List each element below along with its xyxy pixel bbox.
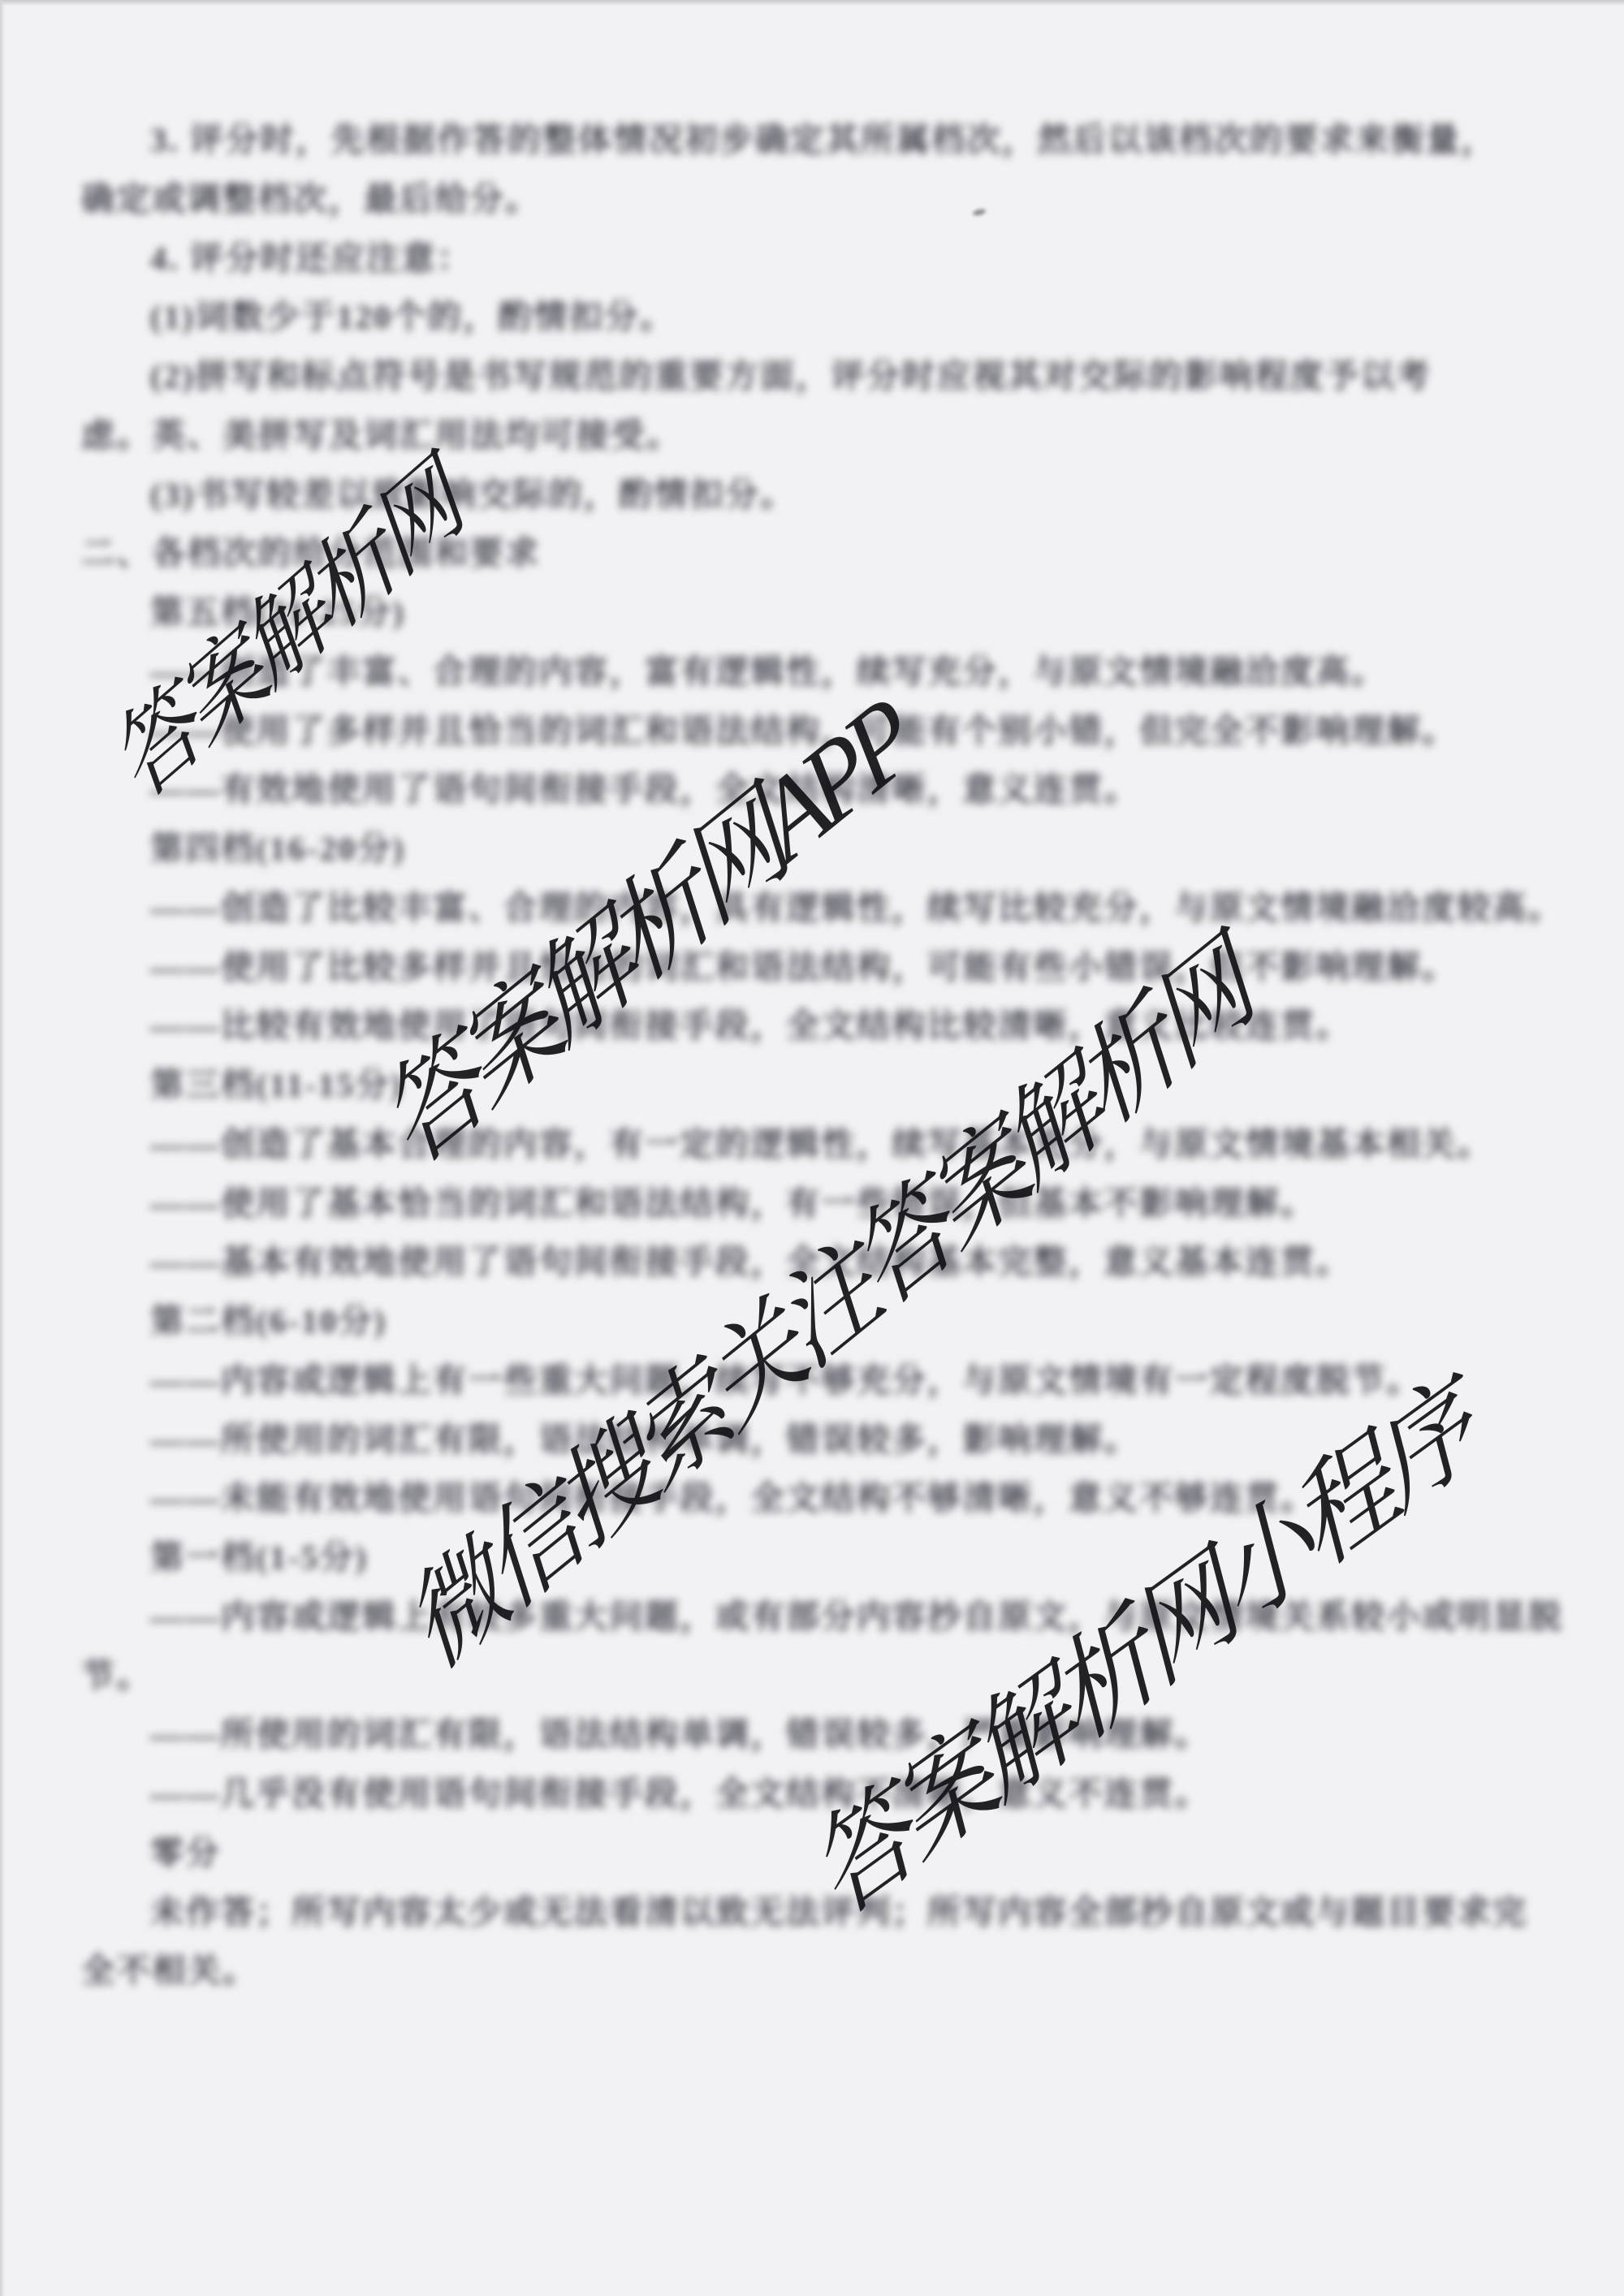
text-line: ——使用了比较多样并且恰当的词汇和语法结构，可能有些小错误，但不影响理解。 [81,938,1592,997]
text-line: ——基本有效地使用了语句间衔接手段，全文结构基本完整，意义基本连贯。 [81,1232,1592,1292]
text-line: ——未能有效地使用语句间衔接手段，全文结构不够清晰，意义不够连贯。 [81,1469,1592,1528]
text-line: 第四档(16-20分) [81,819,1592,878]
text-line: 未作答；所写内容太少或无法看清以致无法评判；所写内容全部抄自原文或与题目要求完 [81,1883,1592,1942]
text-line: ——有效地使用了语句间衔接手段，全文结构清晰，意义连贯。 [81,760,1592,819]
text-line: 二、各档次的给分范围和要求 [81,524,1592,583]
text-line: (2)拼写和标点符号是书写规范的重要方面，评分时应视其对交际的影响程度予以考 [81,347,1592,406]
text-line: ——创造了丰富、合理的内容，富有逻辑性，续写充分，与原文情境融洽度高。 [81,642,1592,701]
text-line: ——创造了比较丰富、合理的内容，具有逻辑性，续写比较充分，与原文情境融洽度较高。 [81,878,1592,938]
text-line: 虑。英、美拼写及词汇用法均可接受。 [81,406,1592,465]
text-line: ——内容或逻辑上有较多重大问题，或有部分内容抄自原文，与原文情境关系较小或明显脱 [81,1587,1592,1646]
text-line: (1)词数少于120个的，酌情扣分。 [81,287,1592,347]
text-line: ——使用了基本恰当的词汇和语法结构，有一些错误，但基本不影响理解。 [81,1174,1592,1233]
text-line: 零分 [81,1823,1592,1883]
text-line: ——所使用的词汇有限，语法结构单调，错误较多，影响理解。 [81,1410,1592,1470]
text-line: 3. 评分时，先根据作答的整体情况初步确定其所属档次，然后以该档次的要求来衡量， [81,110,1592,170]
text-line: ——内容或逻辑上有一些重大问题，续写不够充分，与原文情境有一定程度脱节。 [81,1351,1592,1410]
text-line: 第五档(21-25分) [81,583,1592,642]
text-line: 第二档(6-10分) [81,1292,1592,1351]
text-line: 第一档(1-5分) [81,1528,1592,1587]
text-line: 全不相关。 [81,1941,1592,2000]
text-line: 确定或调整档次，最后给分。 [81,170,1592,229]
text-line: ——所使用的词汇有限，语法结构单调，错误较多，严重影响理解。 [81,1705,1592,1764]
text-line: ——创造了基本合理的内容，有一定的逻辑性，续写基本充分，与原文情境基本相关。 [81,1115,1592,1174]
scanned-document-page: 3. 评分时，先根据作答的整体情况初步确定其所属档次，然后以该档次的要求来衡量，… [0,0,1624,2296]
text-line: 节。 [81,1646,1592,1706]
text-line: ——比较有效地使用了语句间衔接手段，全文结构比较清晰，意义比较连贯。 [81,996,1592,1055]
text-line: (3)书写较差以致影响交际的，酌情扣分。 [81,465,1592,524]
text-line: 第三档(11-15分) [81,1055,1592,1115]
text-line: ——几乎没有使用语句间衔接手段，全文结构不清晰，意义不连贯。 [81,1764,1592,1823]
text-line: ——使用了多样并且恰当的词汇和语法结构，可能有个别小错，但完全不影响理解。 [81,701,1592,761]
text-line: 4. 评分时还应注意： [81,229,1592,288]
rubric-text-block: 3. 评分时，先根据作答的整体情况初步确定其所属档次，然后以该档次的要求来衡量，… [81,110,1592,2000]
